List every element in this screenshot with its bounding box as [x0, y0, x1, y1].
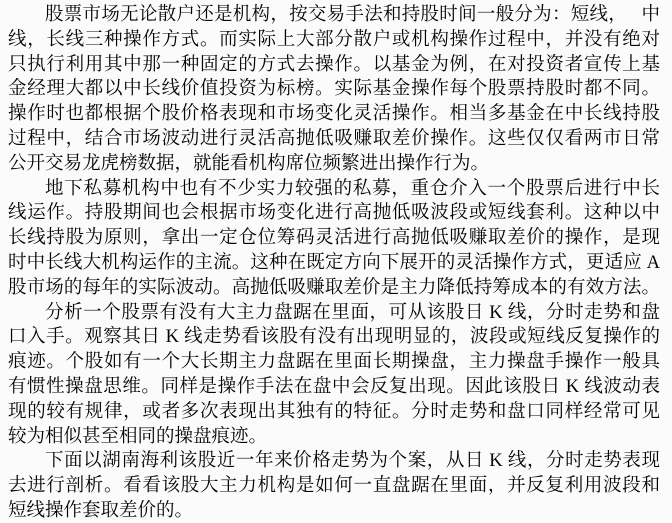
- text-line: 分析一个股票有没有大主力盘踞在里面，可从该股日 K 线，分时走势和盘: [8, 301, 660, 326]
- text-line: 下面以湖南海利该股近一年来价格走势为个案，从日 K 线，分时走势表现: [8, 449, 660, 474]
- text-line: 线运作。持股期间也会根据市场变化进行高抛低吸波段或短线套利。这种以中: [8, 201, 660, 226]
- text-line: 有惯性操盘思维。同样是操作手法在盘中会反复出现。因此该股日 K 线波动表: [8, 375, 660, 400]
- text-line: 操作时也都根据个股价格表现和市场变化灵活操作。相当多基金在中长线持股: [8, 102, 660, 127]
- text-line: 时中长线大机构运作的主流。这种在既定方向下展开的灵活操作方式，更适应 A: [8, 251, 660, 276]
- text-line: 公开交易龙虎榜数据，就能看机构席位频繁进出操作行为。: [8, 152, 660, 177]
- text-line: 去进行剖析。看看该股大主力机构是如何一直盘踞在里面，并反复利用波段和: [8, 474, 660, 499]
- document-page: 股票市场无论散户还是机构，按交易手法和持股时间一般分为：短线， 中 线，长线三种…: [0, 0, 672, 523]
- text-line: 较为相似甚至相同的操盘痕迹。: [8, 425, 660, 450]
- text-line: 金经理大都以中长线价值投资为标榜。实际基金操作每个股票持股时都不同。: [8, 77, 660, 102]
- paragraph-private-funds: 地下私募机构中也有不少实力较强的私募，重仓介入一个股票后进行中长 线运作。持股期…: [8, 177, 660, 301]
- text-line: 口入手。观察其日 K 线走势看该股有没有出现明显的，波段或短线反复操作的: [8, 325, 660, 350]
- text-line: 现的较有规律，或者多次表现出其独有的特征。分时走势和盘口同样经常可见: [8, 400, 660, 425]
- text-line: 只执行利用其中那一种固定的方式去操作。以基金为例，在对投资者宣传上基: [8, 53, 660, 78]
- text-line: 痕迹。个股如有一个大长期主力盘踞在里面长期操盘，主力操盘手操作一般具: [8, 350, 660, 375]
- paragraph-analysis-method: 分析一个股票有没有大主力盘踞在里面，可从该股日 K 线，分时走势和盘 口入手。观…: [8, 301, 660, 450]
- text-line: 股票市场无论散户还是机构，按交易手法和持股时间一般分为：短线， 中: [8, 3, 660, 28]
- text-line: 线，长线三种操作方式。而实际上大部分散户或机构操作过程中，并没有绝对: [8, 28, 660, 53]
- text-line: 地下私募机构中也有不少实力较强的私募，重仓介入一个股票后进行中长: [8, 177, 660, 202]
- text-line: 过程中，结合市场波动进行灵活高抛低吸赚取差价操作。这些仅仅看两市日常: [8, 127, 660, 152]
- paragraph-trading-styles: 股票市场无论散户还是机构，按交易手法和持股时间一般分为：短线， 中 线，长线三种…: [8, 3, 660, 177]
- text-line: 股市场的每年的实际波动。高抛低吸赚取差价是主力降低持筹成本的有效方法。: [8, 276, 660, 301]
- text-line: 短线操作套取差价的。: [8, 499, 660, 523]
- text-line: 长线持股为原则，拿出一定仓位筹码灵活进行高抛低吸赚取差价的操作，是现: [8, 226, 660, 251]
- paragraph-case-study-intro: 下面以湖南海利该股近一年来价格走势为个案，从日 K 线，分时走势表现 去进行剖析…: [8, 449, 660, 523]
